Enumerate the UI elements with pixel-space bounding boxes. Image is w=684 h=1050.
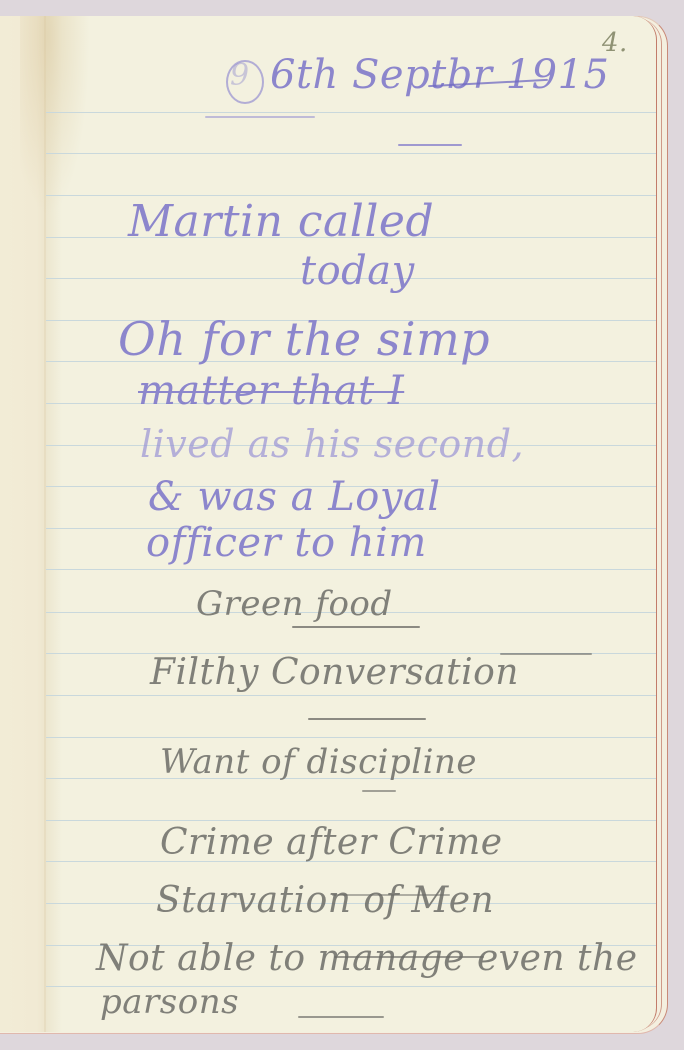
entry-line-9-overline: [500, 653, 592, 655]
entry-line-11: Crime after Crime: [160, 822, 503, 863]
entry-line-14-underline: [298, 1016, 384, 1018]
entry-line-14: parsons: [100, 982, 239, 1022]
date-heading: 6th Septbr 1915: [270, 52, 610, 98]
rule-line: [46, 695, 656, 696]
entry-line-1: Martin called: [128, 196, 434, 247]
entry-line-4-struck: matter that I: [138, 368, 404, 414]
entry-line-12-overline: [332, 894, 450, 896]
entry-line-3: Oh for the simp: [118, 312, 490, 366]
entry-line-8-underline: [292, 626, 420, 628]
rule-line: [46, 737, 656, 738]
entry-line-10: Want of discipline: [160, 742, 477, 782]
entry-line-6: & was a Loyal: [148, 474, 441, 520]
date-underline-left: [205, 116, 315, 118]
entry-line-2: today: [300, 248, 415, 294]
entry-line-13: Not able to manage even the: [96, 938, 638, 979]
entry-line-12: Starvation of Men: [156, 880, 494, 921]
entry-line-8: Green food: [196, 584, 393, 624]
entry-line-5: lived as his second,: [140, 422, 524, 466]
rule-line: [46, 153, 656, 154]
entry-line-7: officer to him: [146, 520, 427, 566]
rule-line: [46, 569, 656, 570]
notebook-page: 4. 9 6th Septbr 1915 Martin called today…: [0, 16, 657, 1032]
entry-line-10-underline: [362, 790, 396, 792]
rule-line: [46, 820, 656, 821]
entry-line-9-underline: [308, 718, 426, 720]
date-underline-right: [398, 144, 462, 146]
rule-line: [46, 112, 656, 113]
entry-line-9: Filthy Conversation: [150, 652, 519, 693]
crossed-out-digit: 9: [230, 58, 250, 93]
